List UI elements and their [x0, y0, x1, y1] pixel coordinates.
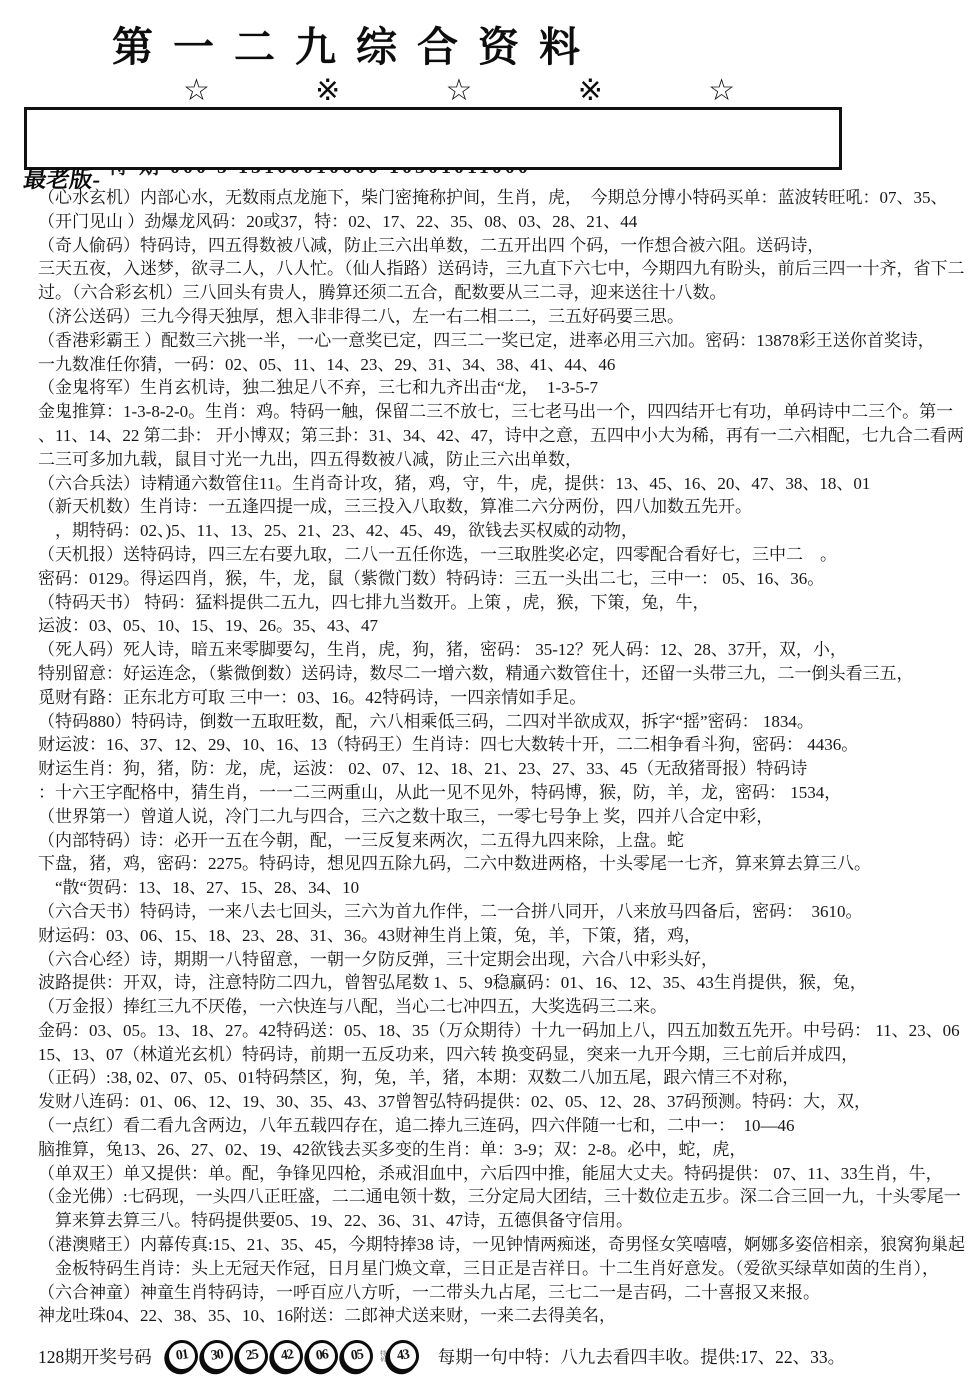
text-line: 下盘，猪，鸡，密码：2275。特码诗，想见四五除九码，二六中数进两格，十头零尾一… [38, 852, 970, 876]
edition-label: 最老版- [22, 161, 103, 194]
lottery-ball: 05 [339, 1338, 375, 1374]
text-line: （世界第一）曾道人说，冷门二九与四合，三六之数十取三，一零七号争上 奖，四并八合… [38, 805, 970, 829]
special-number-marker: 特码 [378, 1350, 385, 1362]
lottery-ball: 30 [199, 1338, 235, 1374]
text-line: 神龙吐珠04、22、38、35、10、16附送：二郎神犬送来财，一来二去得美名， [38, 1304, 970, 1328]
star-icon: ☆ [708, 74, 735, 108]
text-line: 发财八连码：01、06、12、19、30、35、43、37曾智弘特码提供：02、… [38, 1090, 970, 1114]
text-line: 金鬼推算：1-3-8-2-0。生肖：鸡。特码一触，保留二三不放七，三七老马出一个… [38, 400, 970, 424]
text-line: 财运波：16、37、12、29、10、16、13（特码王）生肖诗：四七大数转十开… [38, 733, 970, 757]
text-line: （死人码）死人诗，暗五来零脚要勾，生肖，虎，狗，猪，密码： 35-12？死人码：… [38, 638, 970, 662]
lottery-ball: 01 [164, 1338, 200, 1374]
text-line: （万金报）捧红三九不厌倦，一六快连与八配，当心二七冲四五，大奖选码三二来。 [38, 995, 970, 1019]
text-line: 运波：03、05、10、15、19、26。35、43、47 [38, 614, 970, 638]
text-line: 过。（六合彩玄机）三八回头有贵人，腾算还须二五合，配数要从三二寻，迎来送往十八数… [38, 281, 970, 305]
draw-number-label: 128期开奖号码 [38, 1344, 152, 1369]
text-line: （正码）:38, 02、07、05、01特码禁区，狗，兔，羊，猪，本期：双数二八… [38, 1066, 970, 1090]
text-line: 脑推算，兔13、26、27、02、19、42欲钱去买多变的生肖：单：3-9；双：… [38, 1138, 970, 1162]
lottery-ball: 25 [234, 1338, 270, 1374]
text-line: （金光佛）:七码现，一头四八正旺盛，二二通电领十数，三分定局大团结，三十数位走五… [38, 1185, 970, 1209]
lottery-ball: 42 [269, 1338, 305, 1374]
page-title: 第一二九综合资料 [112, 14, 600, 73]
text-line: （济公送码）三九今得天独厚，想入非非得二八，左一右二相二二，三五好码要三思。 [38, 305, 970, 329]
text-line: （特码天书） 特码：猛料提供二五九，四七排九当数开。上策 ，虎，猴，下策，兔，牛… [38, 591, 970, 615]
scanned-lottery-sheet: 第一二九综合资料 ☆※☆※☆ 特 期 000 5 15100010000 105… [0, 0, 973, 1388]
text-line: （港澳赌王）内幕传真:15、21、35、45，今期特捧38 诗，一见钟情两痴迷，… [38, 1233, 970, 1257]
text-line: （单双王）单又提供：单。配，争锋见四枪，杀戒泪血中，六后四中推，能屈大丈夫。特码… [38, 1162, 970, 1186]
text-line: 一九数准任你猜，一码：02、05、11、14、23、29、31、34、38、41… [38, 353, 970, 377]
text-line: （金鬼将军）生肖玄机诗，独二独足八不弃，三七和九齐出击“龙， 1-3-5-7 [38, 376, 970, 400]
text-line: 金码：03、05。13、18、27。42特码送：05、18、35（万众期待）十九… [38, 1019, 970, 1043]
content-lines: （心水玄机）内部心水，无数雨点龙施下，柴门密掩称护间，生肖，虎， 今期总分博小特… [38, 186, 970, 1328]
footer-tagline: 每期一句中特：八九去看四丰收。提供:17、22、33。 [438, 1344, 845, 1369]
text-line: 财运生肖：狗，猪，防：龙，虎，运波： 02、07、12、18、21、23、27、… [38, 757, 970, 781]
text-line: 算来算去算三八。特码提供要05、19、22、36、31、47诗，五德俱备守信用。 [38, 1209, 970, 1233]
text-line: 觅财有路：正东北方可取 三中一：03、16。42特码诗，一四亲情如手足。 [38, 686, 970, 710]
text-line: 特别留意：好运连念，（紫微倒数）送码诗，数尽二一增六数，精通六数管住十，还留一头… [38, 662, 970, 686]
star-icon: ※ [315, 74, 340, 108]
text-line: “散“贺码：13、18、27、15、28、34、10 [38, 876, 970, 900]
text-line: （六合兵法）诗精通六数管住11。生肖奇计攻，猪，鸡，守，牛，虎，提供：13、45… [38, 472, 970, 496]
text-line: 15、13、07（林道光玄机）特码诗，前期一五反功来，四六转 换变码显，突来一九… [38, 1043, 970, 1067]
text-line: 波路提供：开双，诗，注意特防二四九，曾智弘尾数 1、5、9稳赢码：01、16、1… [38, 971, 970, 995]
text-line: （奇人偷码）特码诗，四五得数被八减，防止三六出单数，二五开出四 个码，一作想合被… [38, 234, 970, 258]
text-line: 二三可多加九载，鼠目寸光一九出，四五得数被八减，防止三六出单数， [38, 448, 970, 472]
lottery-balls: 013025420605 [166, 1340, 376, 1372]
text-line: （内部特码）诗：必开一五在今朝，配，一三反复来两次，二五得九四来除，上盘。蛇 [38, 829, 970, 853]
star-icon: ※ [578, 74, 603, 108]
text-line: （开门见山 ）劲爆龙风码：20或37，特：02、17、22、35、08、03、2… [38, 210, 970, 234]
text-line: （香港彩霸王 ）配数三六挑一半，一心一意奖已定，四三二一奖已定，进率必用三六加。… [38, 329, 970, 353]
text-line: 、11、14、22 第二卦： 开小博双；第三卦：31、34、42、47，诗中之意… [38, 424, 970, 448]
text-line: （六合天书）特码诗，一来八去七回头，三六为首九作伴，二一合拼八同开，八来放马四备… [38, 900, 970, 924]
draw-result-row: 128期开奖号码 013025420605 特码 43 每期一句中特：八九去看四… [38, 1334, 970, 1378]
lottery-ball: 06 [304, 1338, 340, 1374]
text-line: 财运码：03、06、15、18、23、28、31、36。43财神生肖上策，兔，羊… [38, 924, 970, 948]
text-line: 金板特码生肖诗：头上无冠天作冠，日月星门焕文章，三日正是吉祥日。十二生肖好意发。… [38, 1257, 970, 1281]
lottery-ball-special: 43 [385, 1338, 421, 1374]
text-line: ，期特码：02、)5、11、13、25、21、23、42、45、49，欲钱去买权… [38, 519, 970, 543]
star-divider-row: ☆※☆※☆ [183, 74, 735, 108]
text-line: （特码880）特码诗，倒数一五取旺数，配，六八相乘低三码，二四对半欲成双，拆字“… [38, 710, 970, 734]
text-line: 三天五夜，入迷梦，欲寻二人，八人忙。（仙人指路）送码诗，三九直下六七中，今期四九… [38, 257, 970, 281]
text-line: ：十六王字配格中，猜生肖，一一二三两重山，从此一见不见外，特码博，猴，防，羊，龙… [38, 781, 970, 805]
star-icon: ☆ [446, 74, 473, 108]
star-icon: ☆ [183, 74, 210, 108]
text-line: （六合神童）神童生肖特码诗，一呼百应八方听，一二带头九占尾，三七二一是吉码，二十… [38, 1281, 970, 1305]
text-line: 密码：0129。得运四肖，猴，牛，龙，鼠（紫微门数）特码诗：三五一头出二七，三中… [38, 567, 970, 591]
text-line: （一点红）看二看九含两边，八年五载四存在，追二捧九三连码，四六伴随一七和，二中一… [38, 1114, 970, 1138]
text-line: （天机报）送特码诗，四三左右要九取，二八一五任你选，一三取胜奖必定，四零配合看好… [38, 543, 970, 567]
text-line: （心水玄机）内部心水，无数雨点龙施下，柴门密掩称护间，生肖，虎， 今期总分博小特… [38, 186, 970, 210]
text-line: （六合心经）诗，期期一八特留意，一朝一夕防反弹，三十定期会出现，六合八中彩头好， [38, 948, 970, 972]
text-line: （新天机数）生肖诗：一五逢四提一成，三三投入八取数，算准二六分两份，四八加数五先… [38, 495, 970, 519]
blank-box [24, 107, 842, 170]
